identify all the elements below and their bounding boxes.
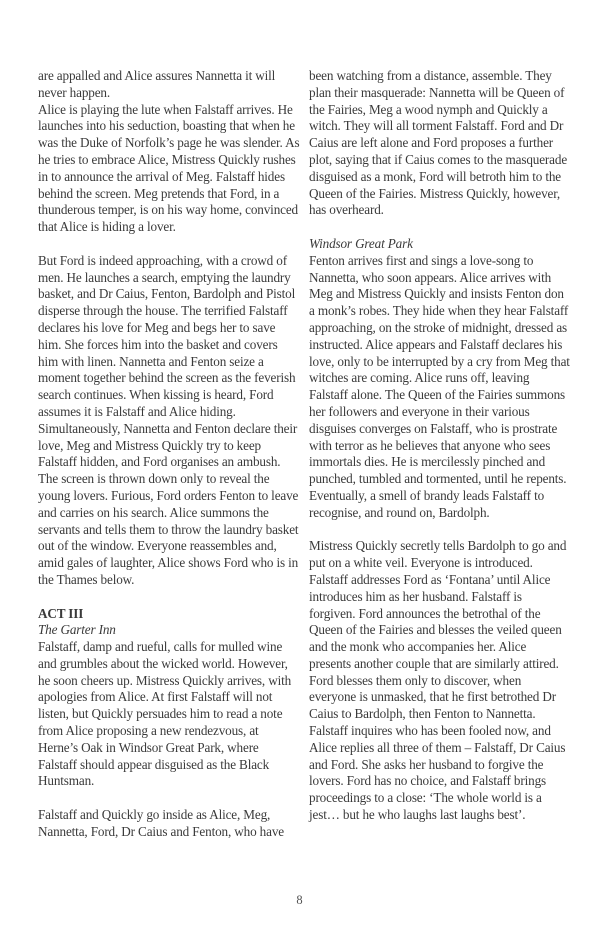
- right-text-column: been watching from a distance, assemble.…: [309, 68, 571, 824]
- document-page: are appalled and Alice assures Nannetta …: [0, 0, 599, 938]
- paragraph-finale: Mistress Quickly secretly tells Bardolph…: [309, 538, 571, 824]
- paragraph-spacer: [38, 790, 300, 807]
- paragraph-garter-inn: Falstaff, damp and rueful, calls for mul…: [38, 639, 300, 790]
- scene-heading-windsor-great-park: Windsor Great Park: [309, 236, 571, 253]
- paragraph-spacer: [309, 219, 571, 236]
- paragraph-masquerade-plan: been watching from a distance, assemble.…: [309, 68, 571, 219]
- page-number: 8: [0, 893, 599, 908]
- act-heading: ACT III: [38, 606, 300, 623]
- paragraph-spacer: [38, 236, 300, 253]
- scene-heading-garter-inn: The Garter Inn: [38, 622, 300, 639]
- paragraph-ford-search: But Ford is indeed approaching, with a c…: [38, 253, 300, 589]
- paragraph-windsor-park: Fenton arrives first and sings a love-so…: [309, 253, 571, 522]
- paragraph-spacer: [309, 522, 571, 539]
- left-text-column: are appalled and Alice assures Nannetta …: [38, 68, 300, 841]
- paragraph-go-inside: Falstaff and Quickly go inside as Alice,…: [38, 807, 300, 841]
- paragraph-lute-seduction: Alice is playing the lute when Falstaff …: [38, 102, 300, 236]
- paragraph-spacer: [38, 589, 300, 606]
- paragraph-appalled: are appalled and Alice assures Nannetta …: [38, 68, 300, 102]
